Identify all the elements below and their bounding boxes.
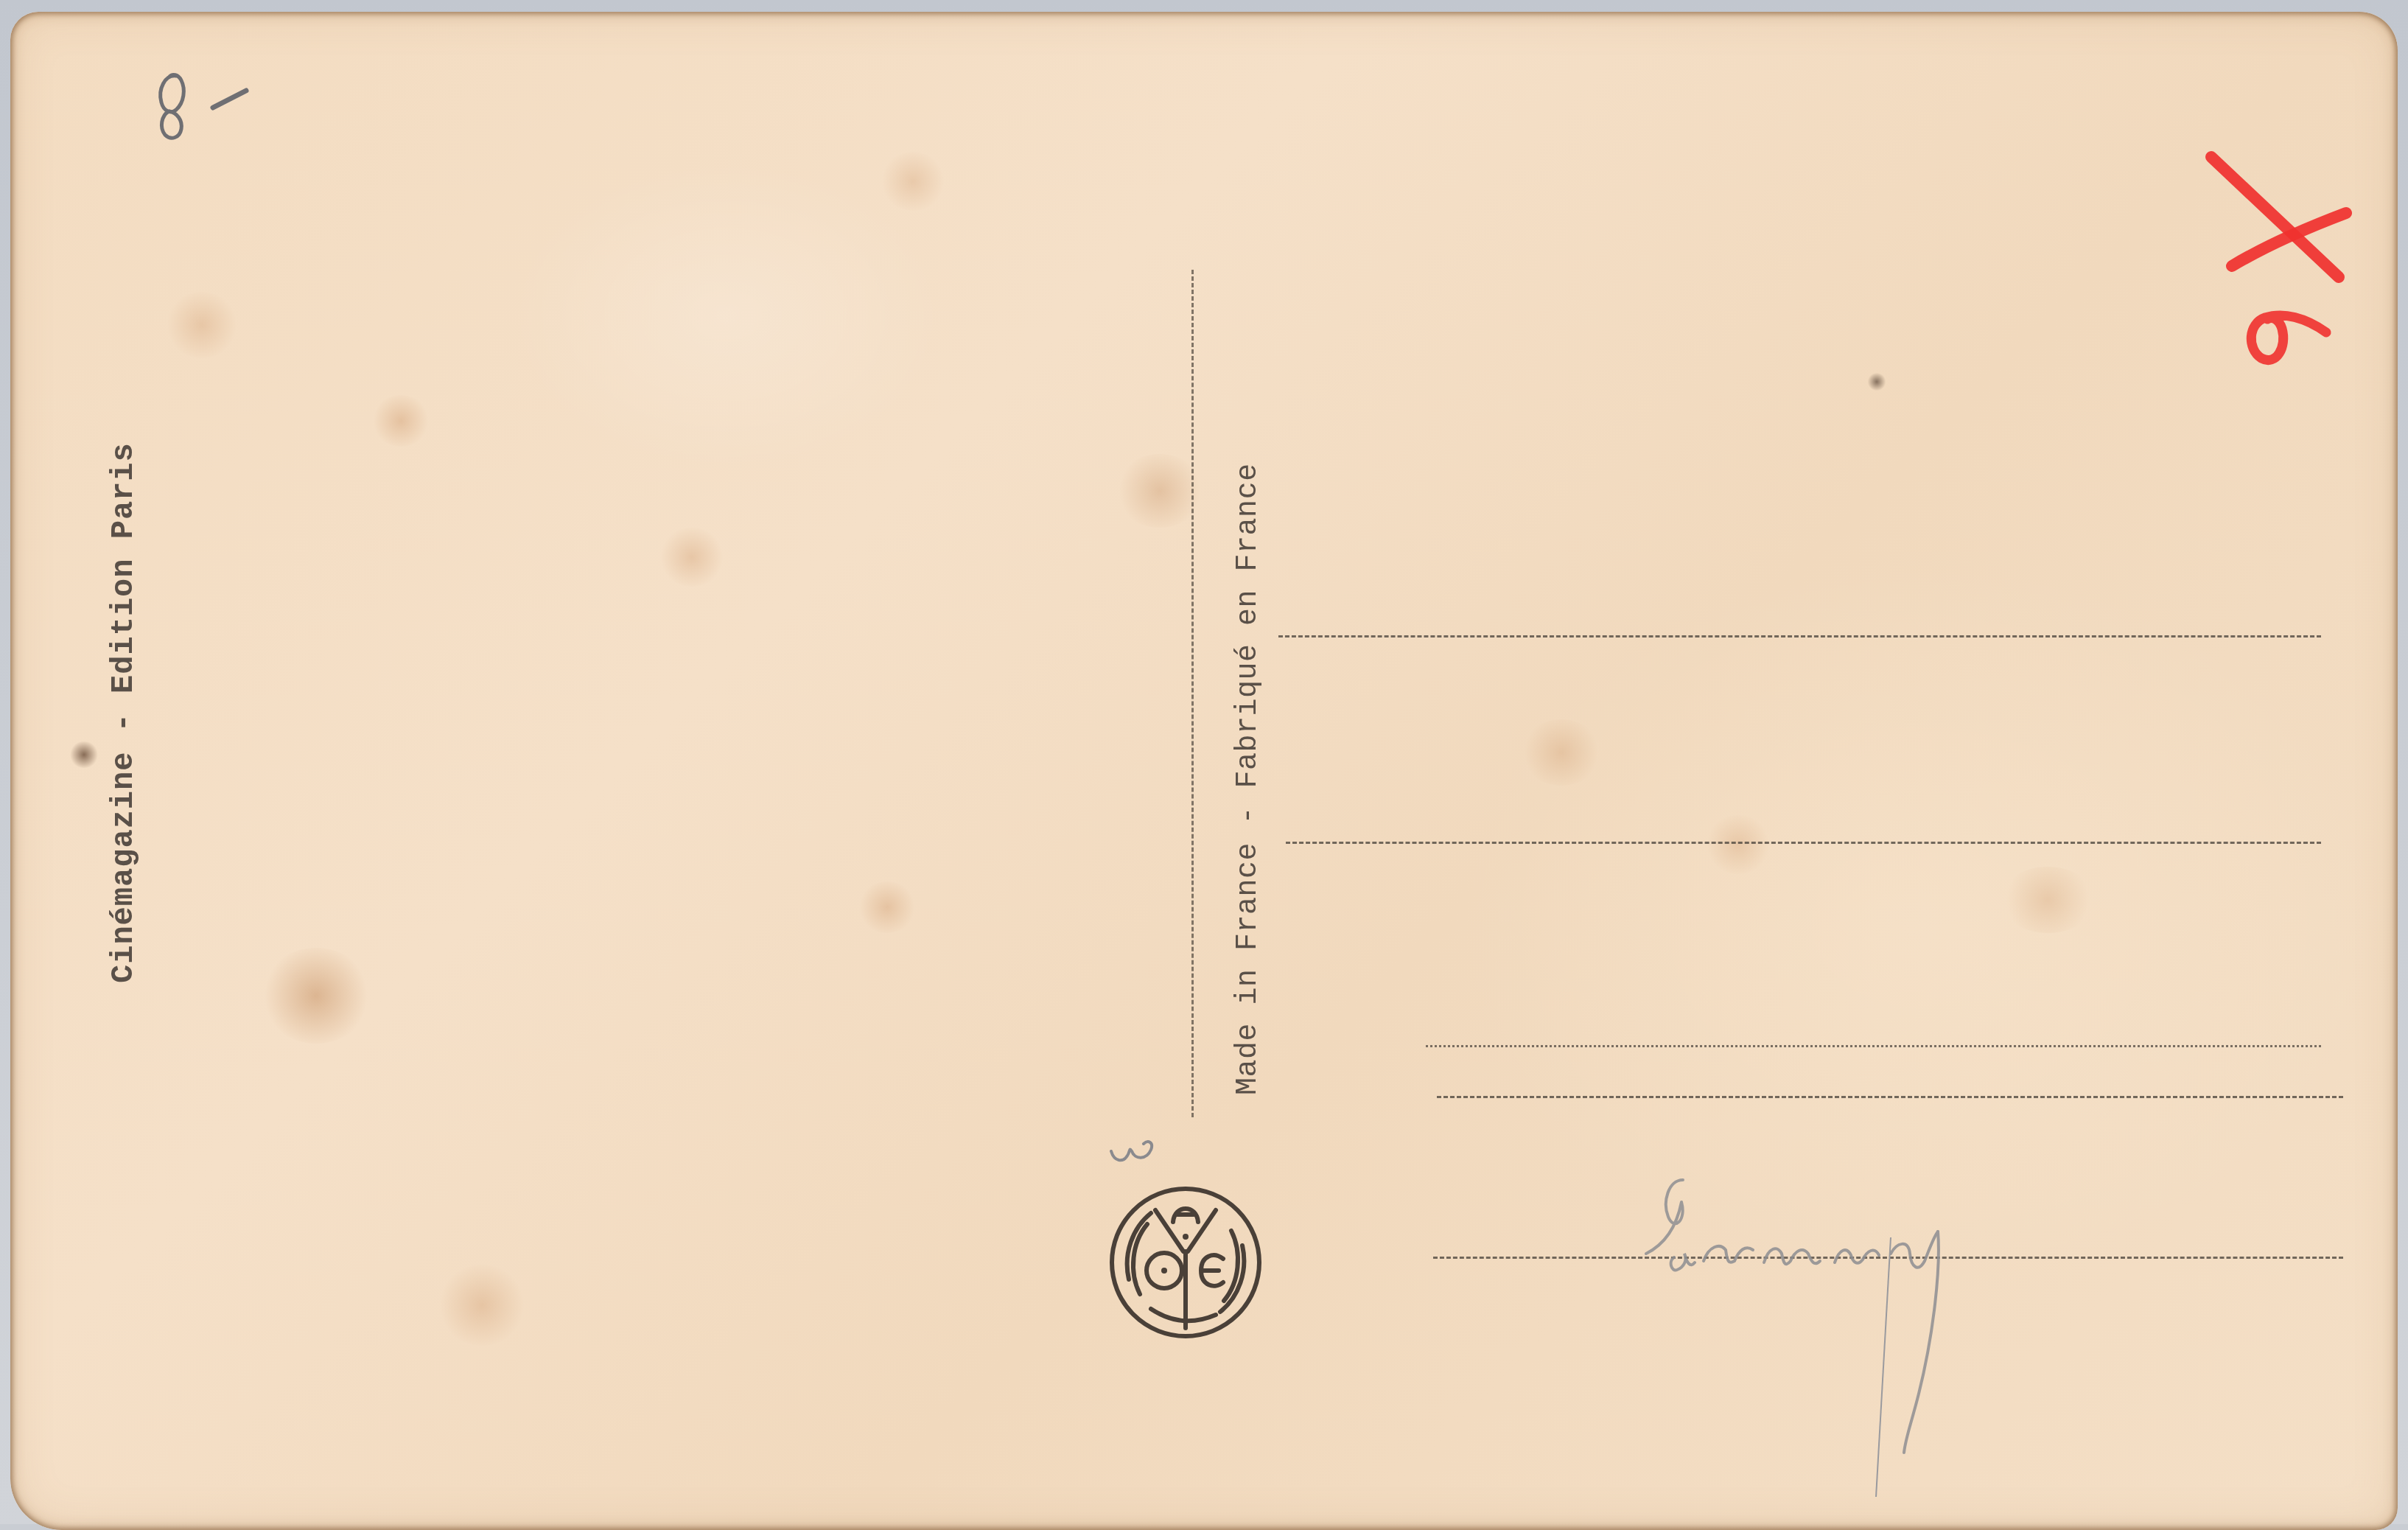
postcard-back: 8- X 9 Cinémagazine - Edition Paris Made… <box>10 12 2398 1524</box>
foxing-spot <box>69 741 99 768</box>
foxing-spot <box>438 1265 526 1346</box>
center-divider-line <box>1191 270 1194 1117</box>
pencil-annotation-8 <box>136 67 261 148</box>
foxing-spot <box>659 528 725 587</box>
foxing-spot <box>858 881 917 933</box>
address-line-2 <box>1286 842 2321 844</box>
foxing-spot <box>165 292 239 358</box>
made-in-france-imprint: Made in France - Fabriqué en France <box>1232 463 1265 1095</box>
foxing-spot <box>1867 373 1886 391</box>
address-line-3 <box>1426 1045 2321 1047</box>
pencil-signature <box>1617 1150 2029 1497</box>
circular-monogram-logo-icon <box>1107 1184 1264 1341</box>
red-crayon-x-mark <box>2202 148 2365 369</box>
foxing-spot <box>1521 719 1602 786</box>
foxing-spot <box>880 152 946 211</box>
foxing-spot <box>1116 454 1204 528</box>
address-line-4 <box>1437 1096 2343 1098</box>
pencil-annotation-3 <box>1107 1138 1166 1167</box>
publisher-imprint: Cinémagazine - Edition Paris <box>106 442 141 983</box>
foxing-spot <box>1705 815 1771 874</box>
address-line-1 <box>1278 635 2321 637</box>
foxing-spot <box>261 948 371 1044</box>
foxing-spot <box>371 395 430 447</box>
foxing-spot <box>2000 867 2096 933</box>
